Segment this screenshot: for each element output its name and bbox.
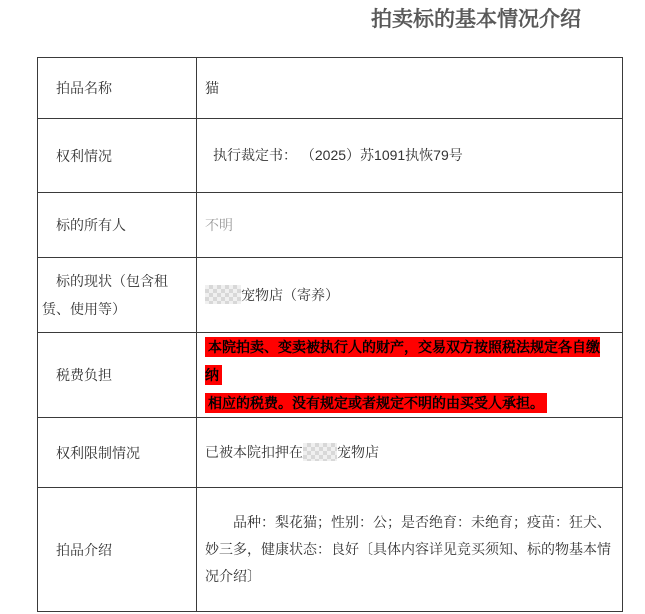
tax-highlight-block: 本院拍卖、变卖被执行人的财产，交易双方按照税法规定各自缴纳 相应的税费。没有规定… (205, 333, 616, 417)
owner-value: 不明 (197, 193, 623, 258)
intro-value-text: 品种：梨花猫；性别：公；是否绝育：未绝育；疫苗：狂犬、妙三多，健康状态：良好〔具… (205, 509, 616, 590)
tax-value: 本院拍卖、变卖被执行人的财产，交易双方按照税法规定各自缴纳 相应的税费。没有规定… (197, 333, 623, 418)
table-row-rights: 权利情况 执行裁定书： （2025）苏1091执恢79号 (38, 119, 623, 193)
restriction-label: 权利限制情况 (38, 418, 197, 488)
tax-highlight-line-1: 本院拍卖、变卖被执行人的财产，交易双方按照税法规定各自缴纳 (205, 337, 600, 385)
item-name-value: 猫 (197, 58, 623, 119)
rights-value-text: 执行裁定书： （2025）苏1091执恢79号 (205, 142, 616, 169)
status-label: 标的现状（包含租赁、使用等） (38, 258, 197, 333)
intro-label: 拍品介绍 (38, 488, 197, 612)
rights-value: 执行裁定书： （2025）苏1091执恢79号 (197, 119, 623, 193)
restriction-value: 已被本院扣押在宠物店 (197, 418, 623, 488)
rights-label: 权利情况 (38, 119, 197, 193)
auction-info-table: 拍品名称 猫 权利情况 执行裁定书： （2025）苏1091执恢79号 标的所有… (37, 57, 623, 612)
owner-value-text: 不明 (205, 217, 233, 233)
page-title: 拍卖标的基本情况介绍 (310, 3, 642, 33)
table-row-item-name: 拍品名称 猫 (38, 58, 623, 119)
owner-label: 标的所有人 (38, 193, 197, 258)
table-row-intro: 拍品介绍 品种：梨花猫；性别：公；是否绝育：未绝育；疫苗：狂犬、妙三多，健康状态… (38, 488, 623, 612)
redaction-mosaic (303, 443, 337, 461)
status-value: 宠物店（寄养） (197, 258, 623, 333)
table-row-status: 标的现状（包含租赁、使用等） 宠物店（寄养） (38, 258, 623, 333)
restriction-value-prefix: 已被本院扣押在 (205, 444, 303, 460)
tax-highlight-line-2: 相应的税费。没有规定或者规定不明的由买受人承担。 (205, 393, 547, 413)
restriction-value-suffix: 宠物店 (337, 444, 379, 460)
tax-label: 税费负担 (38, 333, 197, 418)
item-name-label: 拍品名称 (38, 58, 197, 119)
table-row-restriction: 权利限制情况 已被本院扣押在宠物店 (38, 418, 623, 488)
redaction-mosaic (205, 285, 241, 304)
status-value-text: 宠物店（寄养） (241, 287, 339, 303)
table-row-tax: 税费负担 本院拍卖、变卖被执行人的财产，交易双方按照税法规定各自缴纳 相应的税费… (38, 333, 623, 418)
table-row-owner: 标的所有人 不明 (38, 193, 623, 258)
intro-value: 品种：梨花猫；性别：公；是否绝育：未绝育；疫苗：狂犬、妙三多，健康状态：良好〔具… (197, 488, 623, 612)
